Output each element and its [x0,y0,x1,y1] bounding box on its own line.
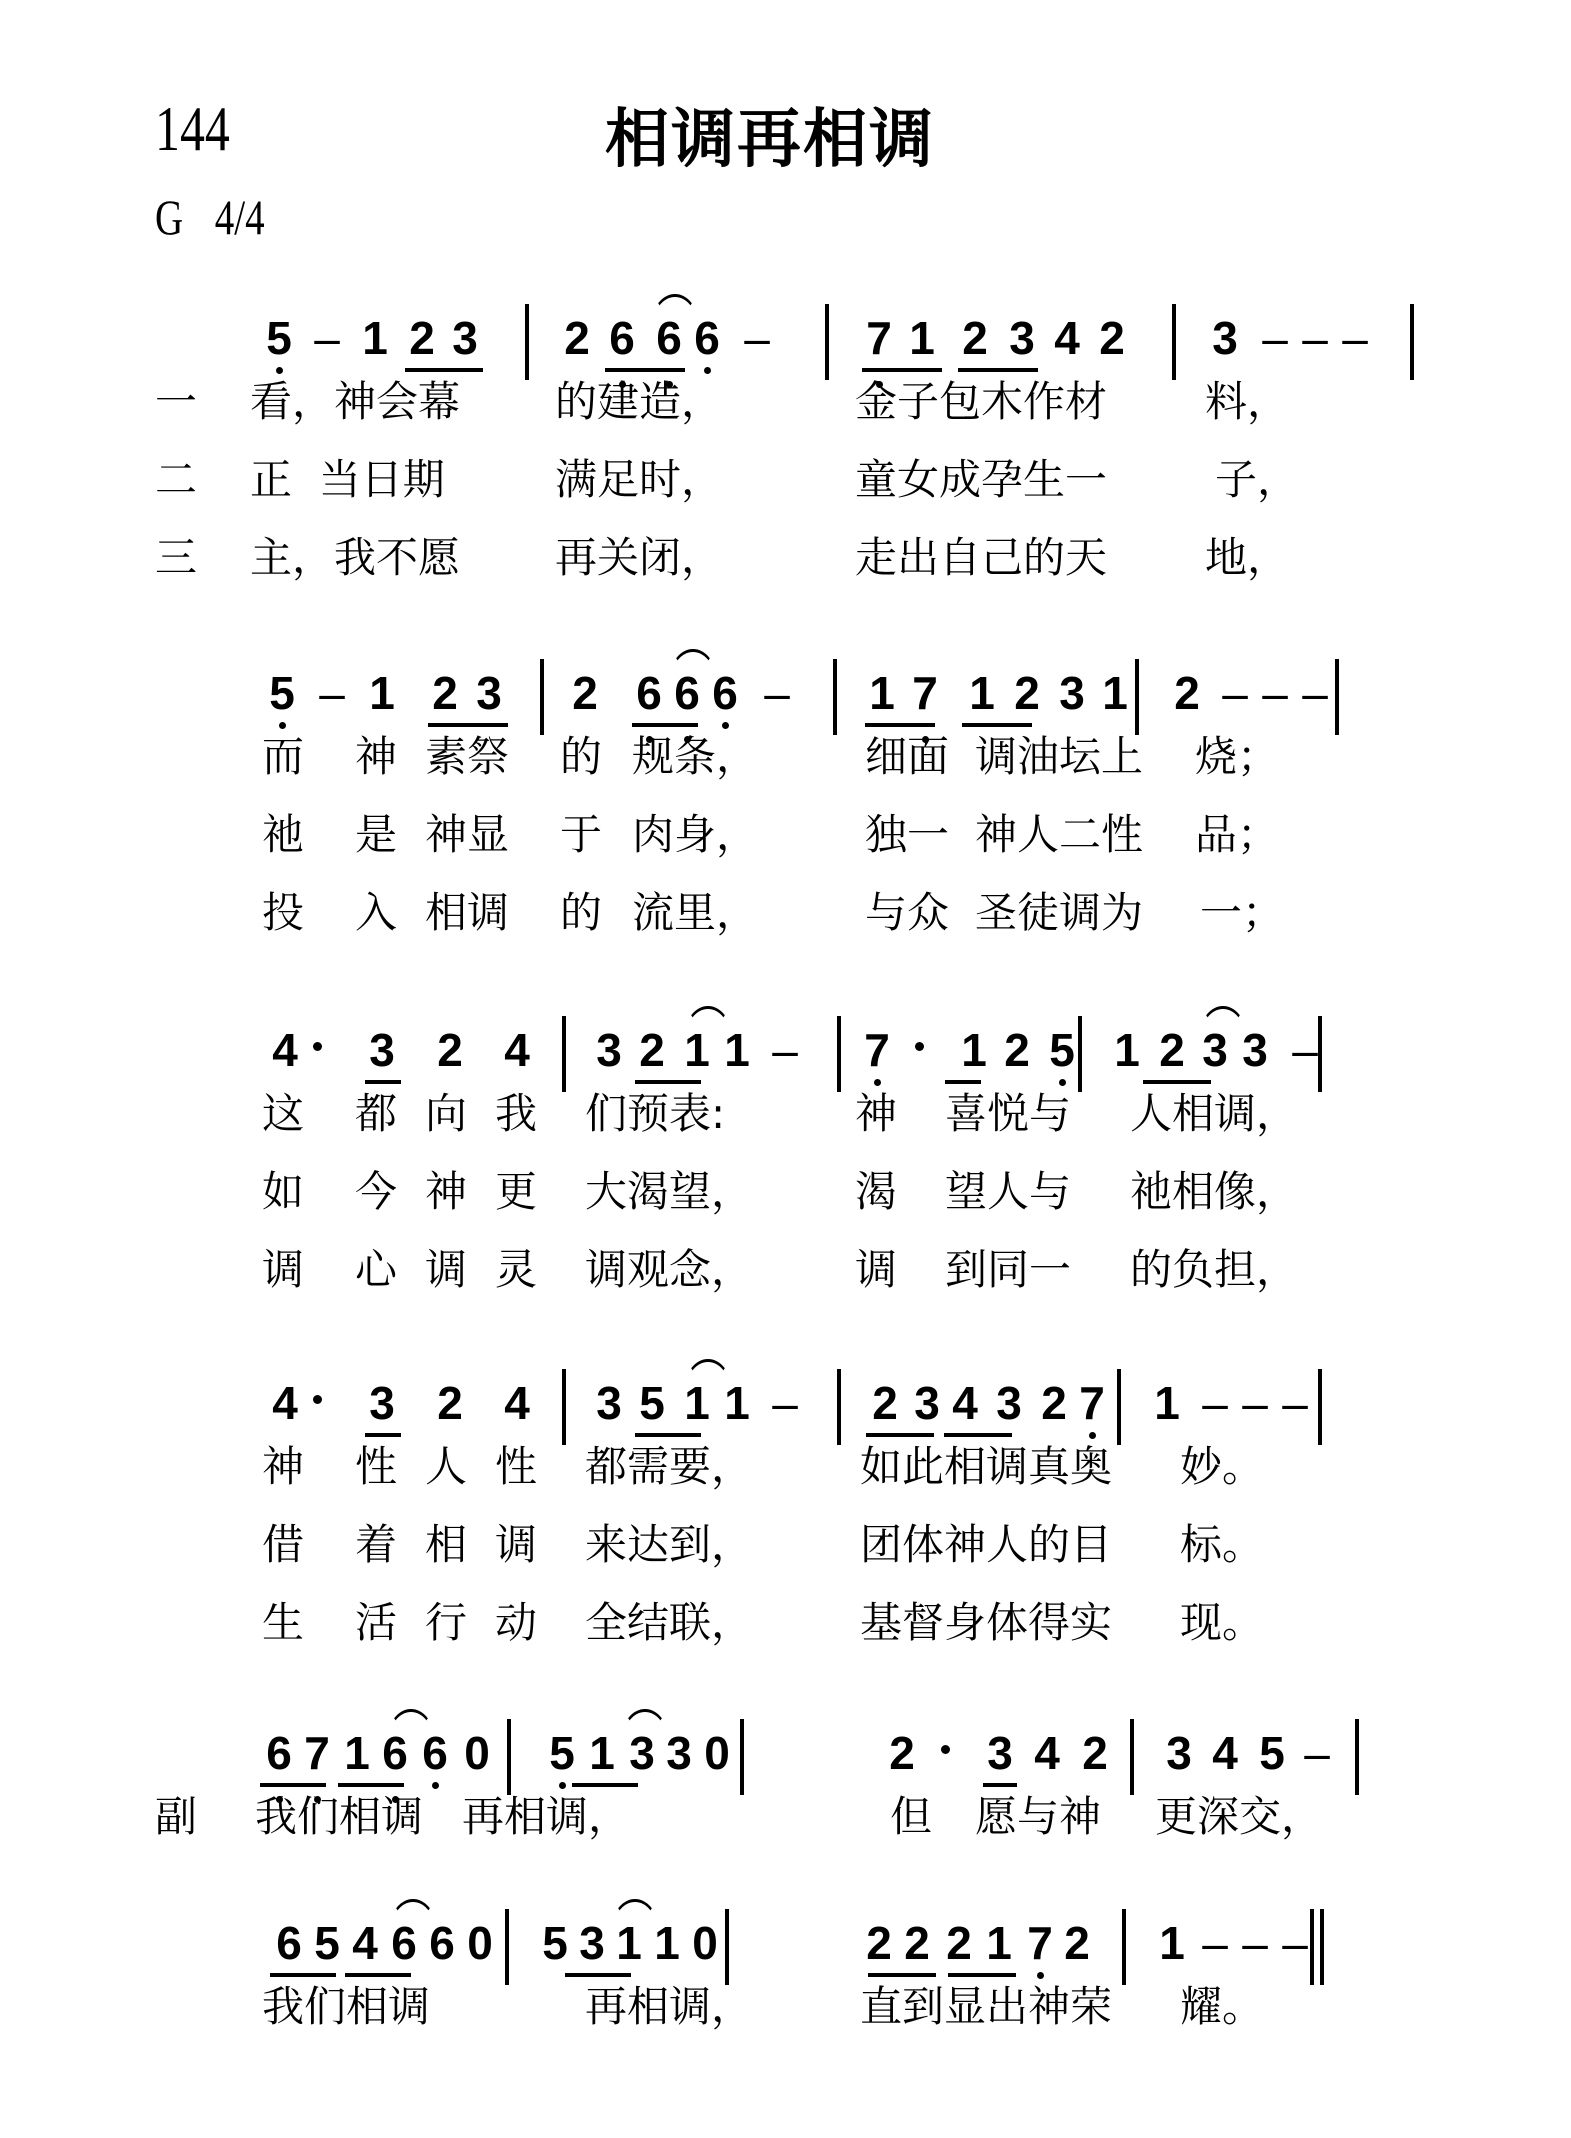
note: 3 [910,1377,944,1429]
augmentation-dot [915,1042,924,1051]
augmentation-dot [941,1745,950,1754]
lyric: 现。 [1180,1599,1264,1647]
note: 3 [448,312,482,364]
lyric: 看，神会幕 [250,378,460,426]
lyric: 调观念， [585,1246,753,1294]
barline [1135,659,1139,735]
note: 2 [1000,1024,1034,1076]
note: 0 [460,1727,494,1779]
lyric: 地， [1205,534,1289,582]
beam-underline [866,1433,934,1437]
note: 2 [1010,667,1044,719]
extension-dash: – [768,1377,802,1429]
barline [725,1909,729,1985]
note: 2 [1155,1024,1189,1076]
beam-underline [635,1433,701,1437]
lyric: 再关闭， [555,534,723,582]
final-barline [1310,1909,1314,1985]
note: 2 [900,1917,934,1969]
extension-dash: – [1278,1377,1312,1429]
lyric: 望人与 [945,1168,1071,1216]
note: 7 [908,667,942,719]
note: 1 [650,1917,684,1969]
lyric: 活 [355,1599,397,1647]
barline [1318,1016,1322,1092]
lyric: 但 [890,1793,932,1841]
lyric: 金子包木作材 [855,378,1107,426]
barline [1318,1369,1322,1445]
note: 3 [983,1727,1017,1779]
extension-dash: – [1198,1377,1232,1429]
note: 2 [1078,1727,1112,1779]
note: 6 [632,667,666,719]
lyric: 烧； [1195,733,1279,781]
note: 6 [708,667,742,719]
note: 1 [957,1024,991,1076]
note: 0 [700,1727,734,1779]
note: 2 [428,667,462,719]
lyric: 投 [262,889,304,937]
extension-dash: – [1258,312,1292,364]
augmentation-dot [313,1395,322,1404]
note: 3 [365,1377,399,1429]
note: 5 [538,1917,572,1969]
lyric: 生 [262,1599,304,1647]
hymn-number: 144 [155,92,230,166]
lyric: 的负担， [1130,1246,1298,1294]
lyric: 满足时， [555,456,723,504]
note: 4 [948,1377,982,1429]
extension-dash: – [1278,1917,1312,1969]
lyric: 的 [560,889,602,937]
augmentation-dot [313,1042,322,1051]
lyric: 神 [855,1090,897,1138]
lyric: 祂相像， [1130,1168,1298,1216]
lyric: 相调 [425,889,509,937]
note: 4 [1030,1727,1064,1779]
note: 2 [433,1024,467,1076]
note: 1 [585,1727,619,1779]
note: 1 [1098,667,1132,719]
note: 2 [1037,1377,1071,1429]
lyric: 一； [1200,889,1284,937]
note: 7 [1075,1377,1109,1429]
note: 6 [605,312,639,364]
note: 7 [860,1024,894,1076]
lyric: 神 [355,733,397,781]
lyric: 更 [495,1168,537,1216]
note: 2 [1060,1917,1094,1969]
lyric: 主，我不愿 [250,534,460,582]
note: 7 [862,312,896,364]
note: 3 [592,1024,626,1076]
barline [540,659,544,735]
note: 3 [575,1917,609,1969]
lyric: 这 [262,1090,304,1138]
verse-label: 三 [155,534,197,582]
extension-dash: – [1218,667,1252,719]
note: 1 [1155,1917,1189,1969]
beam-underline [635,1080,701,1084]
lyric: 性 [355,1443,397,1491]
note: 5 [1045,1024,1079,1076]
note: 3 [1055,667,1089,719]
lyric: 与众 [865,889,949,937]
lyric: 祂 [262,811,304,859]
extension-dash: – [1258,667,1292,719]
barline [1117,1369,1121,1445]
note: 0 [463,1917,497,1969]
lyric: 耀。 [1180,1983,1264,2031]
lyric: 相 [425,1521,467,1569]
notation-row: 5 – 1 23 2 66 6 – 17 12 31 2 ––– [0,645,1571,745]
lyric: 规条， [632,733,758,781]
lyric: 而 [262,733,304,781]
note: 1 [1150,1377,1184,1429]
note: 1 [982,1917,1016,1969]
lyric: 更深交， [1155,1793,1323,1841]
note: 2 [1170,667,1204,719]
lyric: 神 [262,1443,304,1491]
lyric: 走出自己的天 [855,534,1107,582]
lyric: 向 [425,1090,467,1138]
lyric: 如此相调真奥 [860,1443,1112,1491]
lyric: 再相调， [462,1793,630,1841]
beam-underline [632,723,698,727]
extension-dash: – [1288,1024,1322,1076]
note: 5 [635,1377,669,1429]
barline [1130,1719,1134,1795]
lyric: 到同一 [945,1246,1071,1294]
note: 4 [500,1024,534,1076]
barline [837,1016,841,1092]
lyric: 于 [560,811,602,859]
lyric: 独一 [865,811,949,859]
beam-underline [365,1080,401,1084]
beam-underline [405,368,483,372]
note: 3 [1238,1024,1272,1076]
lyric: 的 [560,733,602,781]
note: 7 [300,1727,334,1779]
lyric: 子， [1215,456,1299,504]
lyric: 标。 [1180,1521,1264,1569]
note: 2 [868,1377,902,1429]
note: 6 [262,1727,296,1779]
note: 1 [720,1024,754,1076]
lyric: 灵 [495,1246,537,1294]
note: 0 [688,1917,722,1969]
lyric: 再相调， [585,1983,753,2031]
lyric: 神显 [425,811,509,859]
beam-underline [572,1783,638,1787]
lyric: 调 [262,1246,304,1294]
note: 5 [310,1917,344,1969]
note: 1 [365,667,399,719]
barline [507,1719,511,1795]
beam-underline [945,1080,981,1084]
lyric: 调 [495,1521,537,1569]
page-title: 相调再相调 [605,88,935,180]
extension-dash: – [1238,1917,1272,1969]
notation-row: 67 16 6 0 5 13 3 0 2 3 4 2 3 4 5 – [0,1705,1571,1805]
lyric: 都 [355,1090,397,1138]
notation-row: 4 3 2 4 3 51 1 – 23 43 2 7 1 ––– [0,1355,1571,1455]
lyric: 人相调， [1130,1090,1298,1138]
lyric: 全结联， [585,1599,753,1647]
barline [1122,1909,1126,1985]
lyric: 调 [855,1246,897,1294]
lyric: 今 [355,1168,397,1216]
note: 1 [720,1377,754,1429]
note: 3 [1005,312,1039,364]
beam-underline [260,1783,326,1787]
lyric: 人 [425,1443,467,1491]
lyric: 神 [425,1168,467,1216]
note: 1 [965,667,999,719]
beam-underline [958,368,1038,372]
lyric: 喜悦与 [945,1090,1071,1138]
lyric: 渴 [855,1168,897,1216]
lyric: 都需要， [585,1443,753,1491]
barline [1410,304,1414,380]
lyric: 我们相调 [262,1983,430,2031]
note: 1 [865,667,899,719]
extension-dash: – [760,667,794,719]
note: 5 [265,667,299,719]
extension-dash: – [1338,312,1372,364]
beam-underline [428,723,508,727]
beam-underline [944,1433,1012,1437]
barline [825,304,829,380]
barline [1335,659,1339,735]
lyric: 借 [262,1521,304,1569]
beam-underline [865,723,935,727]
note: 4 [268,1024,302,1076]
note: 6 [425,1917,459,1969]
note: 2 [568,667,602,719]
lyric: 我们相调 [255,1793,423,1841]
lyric: 来达到， [585,1521,753,1569]
lyric: 流里， [632,889,758,937]
lyric: 肉身， [632,811,758,859]
note: 4 [1208,1727,1242,1779]
note: 3 [592,1377,626,1429]
notation-row: 4 3 2 4 3 21 1 – 7 1 2 5 1 23 3 – [0,1002,1571,1102]
extension-dash: – [1300,1727,1334,1779]
barline [740,1719,744,1795]
beam-underline [345,1973,411,1977]
extension-dash: – [1298,312,1332,364]
barline [525,304,529,380]
key-signature: G [155,189,183,245]
notation-row: 65 46 6 0 5 31 1 0 22 21 7 2 1 ––– [0,1895,1571,1995]
extension-dash: – [1238,1377,1272,1429]
note: 3 [992,1377,1026,1429]
lyric: 的建造， [555,378,723,426]
lyric: 性 [495,1443,537,1491]
note: 2 [958,312,992,364]
time-signature: 4/4 [215,189,265,245]
note: 2 [635,1024,669,1076]
lyric: 行 [425,1599,467,1647]
lyric: 圣徒调为 [975,889,1143,937]
beam-underline [565,1973,631,1977]
note: 1 [358,312,392,364]
note: 2 [862,1917,896,1969]
note: 6 [272,1917,306,1969]
lyric: 我 [495,1090,537,1138]
note: 6 [690,312,724,364]
note: 1 [905,312,939,364]
note: 3 [365,1024,399,1076]
note: 4 [500,1377,534,1429]
barline [1078,1016,1082,1092]
lyric: 素祭 [425,733,509,781]
extension-dash: – [740,312,774,364]
note: 3 [1208,312,1242,364]
note: 3 [472,667,506,719]
note: 4 [1050,312,1084,364]
beam-underline [962,723,1032,727]
lyric: 是 [355,811,397,859]
beam-underline [983,1783,1017,1787]
note: 5 [1255,1727,1289,1779]
lyric: 妙。 [1180,1443,1264,1491]
extension-dash: – [1198,1917,1232,1969]
lyric: 调 [425,1246,467,1294]
beam-underline [270,1973,336,1977]
barline [833,659,837,735]
note: 2 [560,312,594,364]
chorus-label: 副 [155,1793,197,1841]
note: 5 [262,312,296,364]
extension-dash: – [310,312,344,364]
note: 4 [348,1917,382,1969]
note: 2 [942,1917,976,1969]
lyric: 料， [1205,378,1289,426]
lyric: 品； [1195,811,1279,859]
beam-underline [1143,1080,1211,1084]
lyric: 调油坛上 [975,733,1143,781]
lyric: 团体神人的目 [860,1521,1112,1569]
extension-dash: – [768,1024,802,1076]
note: 1 [1110,1024,1144,1076]
lyric: 心 [355,1246,397,1294]
lyric: 细面 [865,733,949,781]
barline [1355,1719,1359,1795]
barline [837,1369,841,1445]
lyric: 动 [495,1599,537,1647]
lyric: 直到显出神荣 [860,1983,1112,2031]
barline [1172,304,1176,380]
note: 2 [1095,312,1129,364]
beam-underline [868,1973,936,1977]
note: 6 [418,1727,452,1779]
barline [562,1369,566,1445]
extension-dash: – [1298,667,1332,719]
note: 1 [340,1727,374,1779]
lyric: 入 [355,889,397,937]
lyric: 们预表: [585,1090,725,1138]
lyric: 童女成孕生一 [855,456,1107,504]
beam-underline [365,1433,401,1437]
note: 5 [545,1727,579,1779]
lyric: 着 [355,1521,397,1569]
note: 3 [662,1727,696,1779]
beam-underline [338,1783,404,1787]
beam-underline [605,368,685,372]
lyric: 正 当日期 [250,456,445,504]
note: 4 [268,1377,302,1429]
note: 2 [885,1727,919,1779]
notation-row: 5 – 1 23 2 66 6 – 71 23 42 3 ––– [0,290,1571,390]
lyric: 愿与神 [975,1793,1101,1841]
beam-underline [862,368,942,372]
note: 7 [1023,1917,1057,1969]
lyric: 神人二性 [975,811,1143,859]
barline [505,1909,509,1985]
verse-label: 一 [155,378,197,426]
beam-underline [948,1973,1016,1977]
extension-dash: – [315,667,349,719]
lyric: 基督身体得实 [860,1599,1112,1647]
lyric: 大渴望， [585,1168,753,1216]
note: 2 [405,312,439,364]
key-time-signature: G 4/4 [155,188,265,246]
barline [562,1016,566,1092]
lyric: 如 [262,1168,304,1216]
verse-label: 二 [155,456,197,504]
note: 3 [1162,1727,1196,1779]
note: 2 [433,1377,467,1429]
